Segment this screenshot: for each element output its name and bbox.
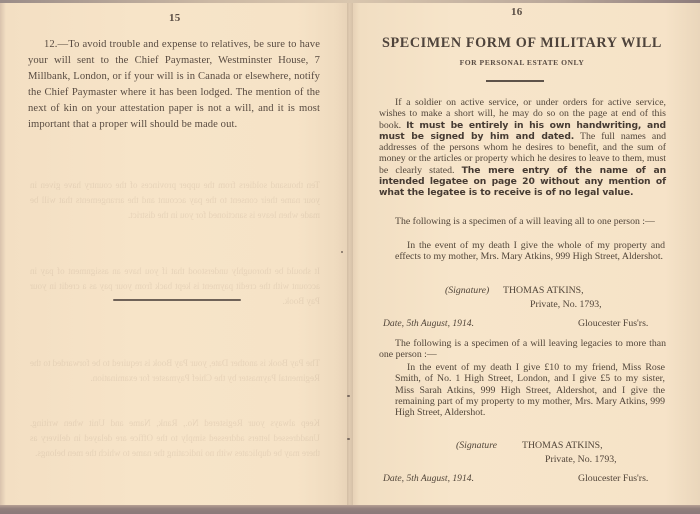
page-title: SPECIMEN FORM OF MILITARY WILL <box>376 35 668 52</box>
staple-mark <box>347 395 350 397</box>
page-number-left: 15 <box>169 12 181 24</box>
paper-speck <box>341 251 343 253</box>
specimen2-rank: Private, No. 1793, <box>545 454 617 465</box>
open-booklet: Ten thousand soldiers from the upper pro… <box>0 0 700 514</box>
specimen2-body: In the event of my death I give £10 to m… <box>395 362 665 418</box>
bleed-through-text: The Pay Book is another Date, your Pay B… <box>30 356 320 386</box>
specimen1-regiment: Gloucester Fus'rs. <box>578 318 648 329</box>
page-subtitle: FOR PERSONAL ESTATE ONLY <box>376 58 668 67</box>
paragraph-12: 12.—To avoid trouble and expense to rela… <box>28 37 320 133</box>
specimen1-body: In the event of my death I give the whol… <box>395 240 665 263</box>
specimen1-signature-label: (Signature) <box>445 285 489 296</box>
section-divider <box>113 299 241 301</box>
bleed-through-text: It should be thoroughly understood that … <box>30 264 320 309</box>
signature-label: (Signature) <box>445 285 489 296</box>
bottom-page-edge <box>0 505 700 514</box>
staple-mark <box>347 438 350 440</box>
specimen2-date: Date, 5th August, 1914. <box>383 473 474 484</box>
specimen2-signature-label: (Signature <box>456 440 497 451</box>
specimen1-rank: Private, No. 1793, <box>530 299 602 310</box>
page-number-right: 16 <box>511 6 523 18</box>
specimen2-body-text: In the event of my death I give £10 to m… <box>395 362 665 418</box>
specimen2-name: THOMAS ATKINS, <box>522 440 603 451</box>
specimen2-regiment: Gloucester Fus'rs. <box>578 473 648 484</box>
title-divider <box>486 80 544 82</box>
bleed-through-text: Ten thousand soldiers from the upper pro… <box>30 178 320 223</box>
intro-paragraph: If a soldier on active service, or under… <box>379 97 666 199</box>
signature-label: (Signature <box>456 440 497 451</box>
specimen1-lead: The following is a specimen of a will le… <box>379 216 666 227</box>
specimen1-body-text: In the event of my death I give the whol… <box>395 240 665 263</box>
bleed-through-text: Keep always your Registered No., Rank, N… <box>30 416 320 461</box>
book-spine <box>347 3 353 506</box>
specimen2-lead: The following is a specimen of a will le… <box>379 338 666 361</box>
specimen1-name: THOMAS ATKINS, <box>503 285 584 296</box>
specimen1-date: Date, 5th August, 1914. <box>383 318 474 329</box>
